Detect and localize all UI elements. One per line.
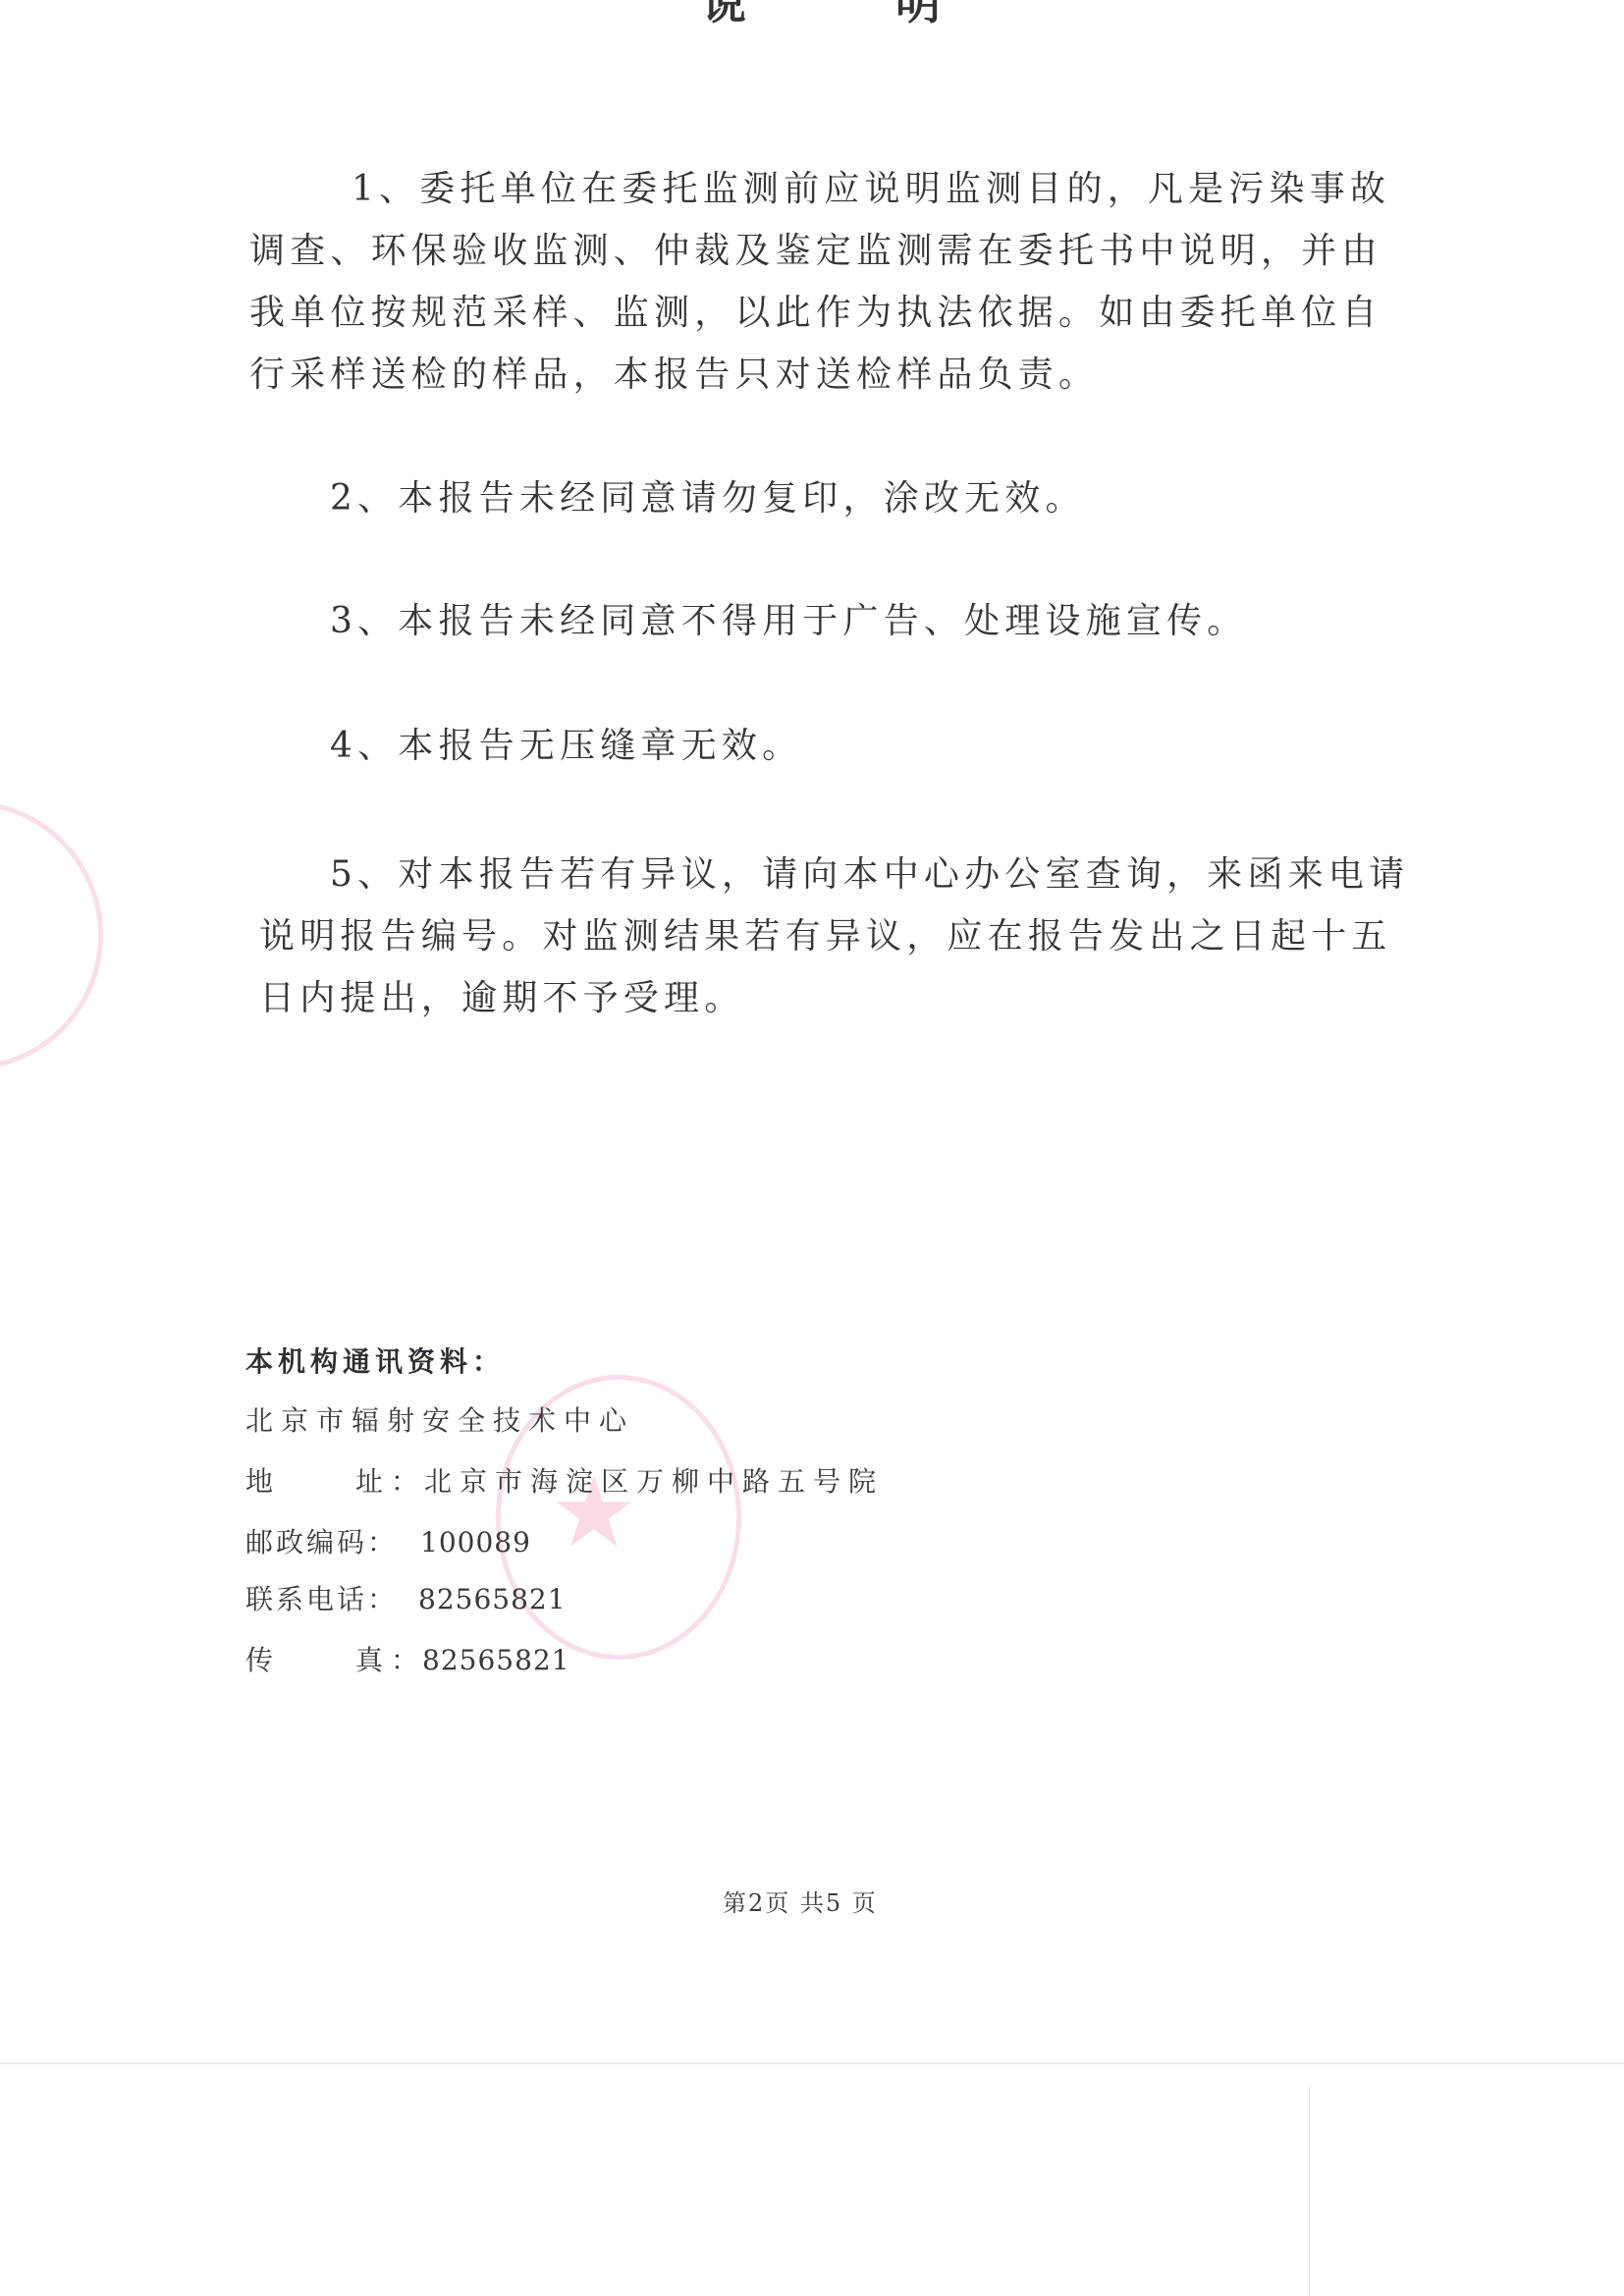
document-title-char-1: 说	[701, 0, 746, 27]
notice-item-1-line-3: 我单位按规范采样、监测，以此作为执法依据。如由委托单位自	[249, 296, 1382, 331]
contact-organization: 北京市辐射安全技术中心	[245, 1406, 634, 1436]
phone-label: 联系电话：	[245, 1585, 398, 1614]
seal-stamp-left-edge	[0, 800, 103, 1070]
notice-item-3: 3、本报告未经同意不得用于广告、处理设施宣传。	[330, 604, 1248, 639]
address-label-1: 地	[245, 1467, 281, 1497]
scan-edge-line	[0, 2062, 1624, 2064]
contact-heading: 本机构通讯资料：	[245, 1347, 505, 1377]
page-number: 第2页 共5 页	[723, 1890, 878, 1916]
notice-item-5-line-3: 日内提出，逾期不予受理。	[259, 981, 744, 1016]
notice-item-5-line-1: 5、对本报告若有异议，请向本中心办公室查询，来函来电请	[330, 857, 1409, 893]
scan-vertical-line	[1309, 2087, 1310, 2296]
notice-item-4: 4、本报告无压缝章无效。	[330, 729, 802, 764]
notice-item-1-line-1: 1、委托单位在委托监测前应说明监测目的，凡是污染事故	[352, 172, 1390, 207]
notice-item-2: 2、本报告未经同意请勿复印，涂改无效。	[330, 481, 1086, 517]
notice-item-5-line-2: 说明报告编号。对监测结果若有异议，应在报告发出之日起十五	[259, 919, 1392, 955]
notice-item-1-line-4: 行采样送检的样品，本报告只对送检样品负责。	[249, 357, 1099, 393]
document-title-char-2: 明	[895, 0, 941, 27]
address-label-2: 址：	[355, 1467, 426, 1497]
fax-label-1: 传	[245, 1646, 281, 1675]
fax-value: 82565821	[422, 1646, 570, 1675]
postcode-value: 100089	[420, 1528, 531, 1558]
address-value: 北京市海淀区万柳中路五号院	[424, 1467, 884, 1497]
fax-label-2: 真：	[355, 1646, 426, 1675]
postcode-label: 邮政编码：	[245, 1528, 398, 1558]
phone-value: 82565821	[418, 1585, 567, 1614]
notice-item-1-line-2: 调查、环保验收监测、仲裁及鉴定监测需在委托书中说明，并由	[249, 234, 1382, 269]
